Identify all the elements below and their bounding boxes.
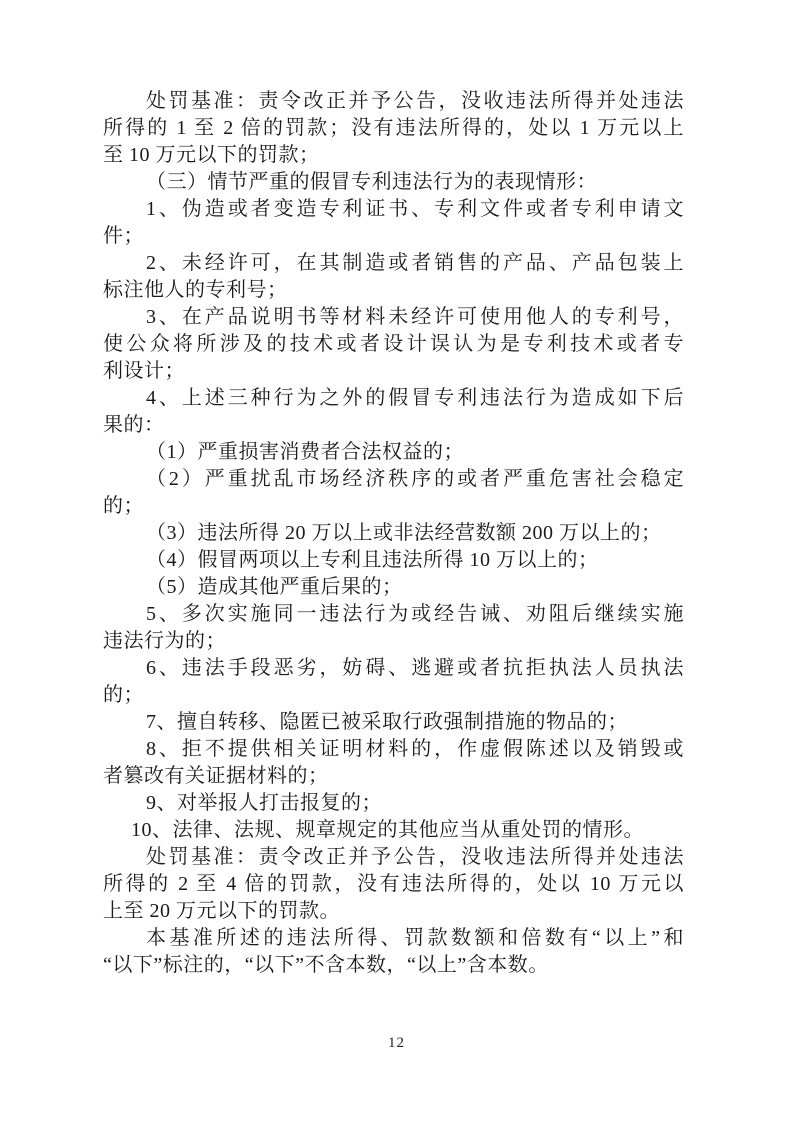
text-line: 处罚基准：责令改正并予公告，没收违法所得并处违法 (103, 88, 684, 115)
text-line: 9、对举报人打击报复的； (103, 790, 684, 817)
text-line: 2、未经许可，在其制造或者销售的产品、产品包装上 (103, 250, 684, 277)
text-line: 本基准所述的违法所得、罚款数额和倍数有“以上”和 (103, 925, 684, 952)
text-line: 3、在产品说明书等材料未经许可使用他人的专利号， (103, 304, 684, 331)
text-line: “以下”标注的，“以下”不含本数，“以上”含本数。 (103, 952, 684, 979)
text-line: 果的： (103, 412, 684, 439)
text-line: （三）情节严重的假冒专利违法行为的表现情形： (103, 169, 684, 196)
text-line: （5）造成其他严重后果的； (103, 574, 684, 601)
text-line: 5、多次实施同一违法行为或经告诫、劝阻后继续实施 (103, 601, 684, 628)
text-line: 标注他人的专利号； (103, 277, 684, 304)
text-line: 的； (103, 493, 684, 520)
text-line: （3）违法所得 20 万以上或非法经营数额 200 万以上的； (103, 520, 684, 547)
text-line: 6、违法手段恶劣，妨碍、逃避或者抗拒执法人员执法 (103, 655, 684, 682)
text-line: 1、伪造或者变造专利证书、专利文件或者专利申请文 (103, 196, 684, 223)
text-line: 者篡改有关证据材料的； (103, 763, 684, 790)
text-line: 利设计； (103, 358, 684, 385)
document-body: 处罚基准：责令改正并予公告，没收违法所得并处违法 所得的 1 至 2 倍的罚款；… (103, 88, 684, 979)
text-line: 7、擅自转移、隐匿已被采取行政强制措施的物品的； (103, 709, 684, 736)
text-line: 10、法律、法规、规章规定的其他应当从重处罚的情形。 (103, 817, 684, 844)
text-line: 所得的 1 至 2 倍的罚款；没有违法所得的，处以 1 万元以上 (103, 115, 684, 142)
page-number: 12 (0, 1035, 793, 1052)
text-line: 违法行为的； (103, 628, 684, 655)
text-line: 件； (103, 223, 684, 250)
text-line: （1）严重损害消费者合法权益的； (103, 439, 684, 466)
text-line: 至 10 万元以下的罚款； (103, 142, 684, 169)
text-line: 使公众将所涉及的技术或者设计误认为是专利技术或者专 (103, 331, 684, 358)
text-line: 8、拒不提供相关证明材料的，作虚假陈述以及销毁或 (103, 736, 684, 763)
text-line: 所得的 2 至 4 倍的罚款，没有违法所得的，处以 10 万元以 (103, 871, 684, 898)
text-line: 上至 20 万元以下的罚款。 (103, 898, 684, 925)
text-line: 处罚基准：责令改正并予公告，没收违法所得并处违法 (103, 844, 684, 871)
text-line: （2）严重扰乱市场经济秩序的或者严重危害社会稳定 (103, 466, 684, 493)
text-line: 4、上述三种行为之外的假冒专利违法行为造成如下后 (103, 385, 684, 412)
text-line: （4）假冒两项以上专利且违法所得 10 万以上的； (103, 547, 684, 574)
text-line: 的； (103, 682, 684, 709)
document-page: 处罚基准：责令改正并予公告，没收违法所得并处违法 所得的 1 至 2 倍的罚款；… (0, 0, 793, 1122)
